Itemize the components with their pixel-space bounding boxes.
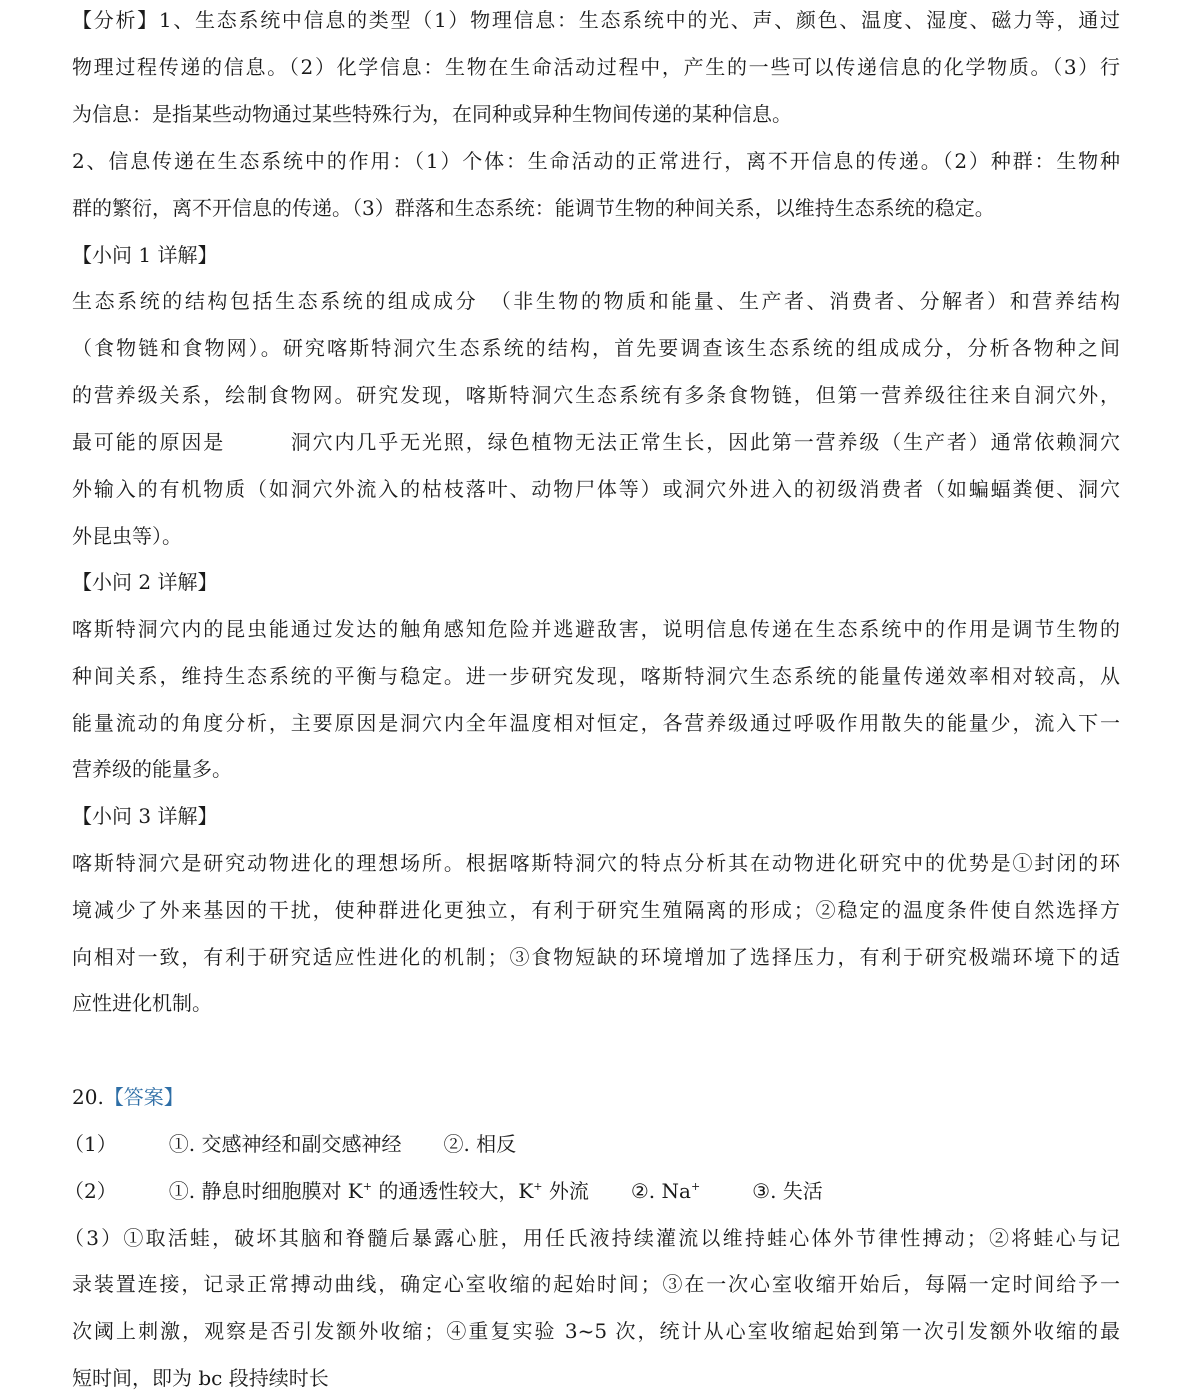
superscript-plus: +: [533, 1180, 542, 1193]
q2-line-4: 营养级的能量多。: [72, 754, 1120, 784]
q3-heading: 【小问 3 详解】: [72, 801, 1120, 831]
answer-20-header: 20.【答案】: [72, 1082, 1120, 1112]
q1-line-6: 外昆虫等）。: [72, 521, 1120, 551]
q3-line-1: 喀斯特洞穴是研究动物进化的理想场所。根据喀斯特洞穴的特点分析其在动物进化研究中的…: [72, 848, 1120, 878]
q1-line-5: 外输入的有机物质（如洞穴外流入的枯枝落叶、动物尸体等）或洞穴外进入的初级消费者（…: [72, 474, 1120, 504]
q2-line-1: 喀斯特洞穴内的昆虫能通过发达的触角感知危险并逃避敌害，说明信息传递在生态系统中的…: [72, 614, 1120, 644]
part-2-label: （2）: [64, 1179, 117, 1203]
part-2-answer-1-text-end: 外流: [543, 1179, 589, 1203]
q2-heading: 【小问 2 详解】: [72, 567, 1120, 597]
answer-part-2: （2）①. 静息时细胞膜对 K+ 的通透性较大，K+ 外流②. Na+③. 失活: [72, 1176, 1120, 1206]
part-3-line-4: 短时间，即为 bc 段持续时长: [72, 1363, 1120, 1393]
question-number: 20.: [72, 1085, 104, 1109]
part-2-answer-1: ①. 静息时细胞膜对 K+ 的通透性较大，K+ 外流: [169, 1179, 589, 1203]
part-1-answer-1: ①. 交感神经和副交感神经: [169, 1132, 402, 1156]
analysis-line-3: 为信息：是指某些动物通过某些特殊行为，在同种或异种生物间传递的某种信息。: [72, 99, 1120, 129]
analysis-line-2: 物理过程传递的信息。（2）化学信息：生物在生命活动过程中，产生的一些可以传递信息…: [72, 52, 1120, 82]
part-2-answer-3: ③. 失活: [752, 1179, 823, 1203]
analysis-line-5: 群的繁衍，离不开信息的传递。（3）群落和生态系统：能调节生物的种间关系，以维持生…: [72, 193, 1120, 223]
q1-line-3: 的营养级关系，绘制食物网。研究发现，喀斯特洞穴生态系统有多条食物链，但第一营养级…: [72, 380, 1120, 410]
superscript-plus: +: [363, 1180, 372, 1193]
part-3-line-1: （3）①取活蛙，破坏其脑和脊髓后暴露心脏，用任氏液持续灌流以维持蛙心体外节律性搏…: [64, 1223, 1120, 1253]
part-2-answer-2-text: ②. Na: [631, 1179, 691, 1203]
analysis-line-4: 2、信息传递在生态系统中的作用：（1）个体：生命活动的正常进行，离不开信息的传递…: [72, 146, 1120, 176]
q3-line-4: 应性进化机制。: [72, 988, 1120, 1018]
part-2-answer-1-text-mid: 的通透性较大，K: [372, 1179, 533, 1203]
q1-line-4: 最可能的原因是 洞穴内几乎无光照，绿色植物无法正常生长，因此第一营养级（生产者）…: [72, 427, 1120, 457]
part-2-answer-1-text: ①. 静息时细胞膜对 K: [169, 1179, 363, 1203]
part-1-answer-2: ②. 相反: [443, 1132, 516, 1156]
part-2-answer-2: ②. Na+: [631, 1179, 700, 1203]
part-3-line-3: 次阈上刺激，观察是否引发额外收缩；④重复实验 3~5 次，统计从心室收缩起始到第…: [72, 1316, 1120, 1346]
answer-part-1: （1）①. 交感神经和副交感神经②. 相反: [72, 1129, 1120, 1159]
answer-tag: 【答案】: [104, 1085, 184, 1109]
superscript-plus: +: [691, 1180, 700, 1193]
q1-line-2: （食物链和食物网）。研究喀斯特洞穴生态系统的结构，首先要调查该生态系统的组成成分…: [72, 333, 1120, 363]
q2-line-2: 种间关系，维持生态系统的平衡与稳定。进一步研究发现，喀斯特洞穴生态系统的能量传递…: [72, 661, 1120, 691]
q3-line-2: 境减少了外来基因的干扰，使种群进化更独立，有利于研究生殖隔离的形成；②稳定的温度…: [72, 895, 1120, 925]
part-3-line-2: 录装置连接，记录正常搏动曲线，确定心室收缩的起始时间；③在一次心室收缩开始后，每…: [72, 1269, 1120, 1299]
q1-heading: 【小问 1 详解】: [72, 240, 1120, 270]
analysis-line-1: 【分析】1、生态系统中信息的类型（1）物理信息：生态系统中的光、声、颜色、温度、…: [72, 5, 1120, 35]
q1-line-1: 生态系统的结构包括生态系统的组成成分 （非生物的物质和能量、生产者、消费者、分解…: [72, 286, 1120, 316]
part-1-label: （1）: [64, 1132, 117, 1156]
q2-line-3: 能量流动的角度分析，主要原因是洞穴内全年温度相对恒定，各营养级通过呼吸作用散失的…: [72, 708, 1120, 738]
q3-line-3: 向相对一致，有利于研究适应性进化的机制；③食物短缺的环境增加了选择压力，有利于研…: [72, 942, 1120, 972]
